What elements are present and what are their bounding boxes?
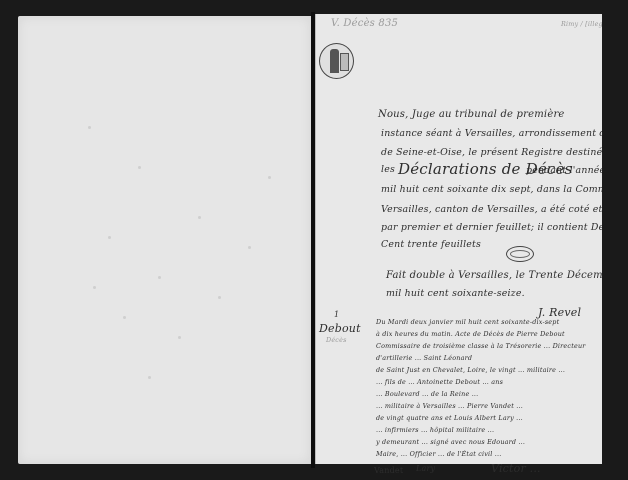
act-line-9: de vingt quatre ans et Louis Albert Lary… [376, 414, 523, 422]
left-page-blank [18, 16, 311, 464]
scan-edge [602, 14, 628, 464]
act-line-1: Du Mardi deux janvier mil huit cent soix… [376, 318, 559, 326]
mayor-signature: Victor ... [491, 462, 541, 475]
act-line-11: y demeurant ... signé avec nous Edouard … [376, 438, 525, 446]
witness-signature-2: Lary [416, 464, 435, 473]
paper-foxing [18, 16, 311, 464]
act-line-7: ... Boulevard ... de la Reine ... [376, 390, 478, 398]
registry-oval-stamp [506, 246, 534, 262]
act-line-4: d'artillerie ... Saint Léonard [376, 354, 472, 362]
closing-line-2: mil huit cent soixante-seize. [386, 288, 525, 299]
right-page: V. Décès 835 Rimy / [illegible] Nous, Ju… [315, 14, 603, 464]
opening-line-2: instance séant à Versailles, arrondissem… [381, 128, 628, 139]
opening-line-7: par premier et dernier feuillet; il cont… [381, 222, 616, 233]
opening-line-annee: pendant l'année [526, 165, 605, 176]
act-line-5: de Saint Just en Chevalet, Loire, le vin… [376, 366, 565, 374]
act-line-2: à dix heures du matin. Acte de Décès de … [376, 330, 565, 338]
act-line-6: ... fils de ... Antoinette Debout ... an… [376, 378, 503, 386]
opening-line-3: de Seine-et-Oise, le présent Registre de… [381, 147, 628, 158]
act-line-8: ... militaire à Versailles ... Pierre Va… [376, 402, 523, 410]
closing-line-1: Fait double à Versailles, le Trente Déce… [386, 270, 620, 281]
margin-entry-number: 1 [334, 310, 339, 319]
header-note-left: V. Décès 835 [331, 18, 398, 29]
opening-line-8: Cent trente feuillets [381, 239, 481, 250]
margin-entry-note: Décès [326, 336, 347, 344]
act-line-3: Commissaire de troisième classe à la Tré… [376, 342, 586, 350]
margin-entry-name: Debout [319, 322, 361, 335]
act-line-12: Maire, ... Officier ... de l'État civil … [376, 450, 501, 458]
witness-signature-1: Vandet [374, 466, 403, 475]
opening-line-6: Versailles, canton de Versailles, a été … [381, 204, 628, 215]
opening-line-les: les [381, 164, 395, 175]
archive-seal-stamp [319, 43, 354, 79]
seal-figure-icon [330, 49, 339, 73]
opening-line-5: mil huit cent soixante dix sept, dans la… [381, 184, 628, 195]
seal-emblem-icon [340, 53, 349, 71]
act-line-10: ... infirmiers ... hôpital militaire ... [376, 426, 494, 434]
opening-line-1: Nous, Juge au tribunal de première [378, 109, 565, 120]
